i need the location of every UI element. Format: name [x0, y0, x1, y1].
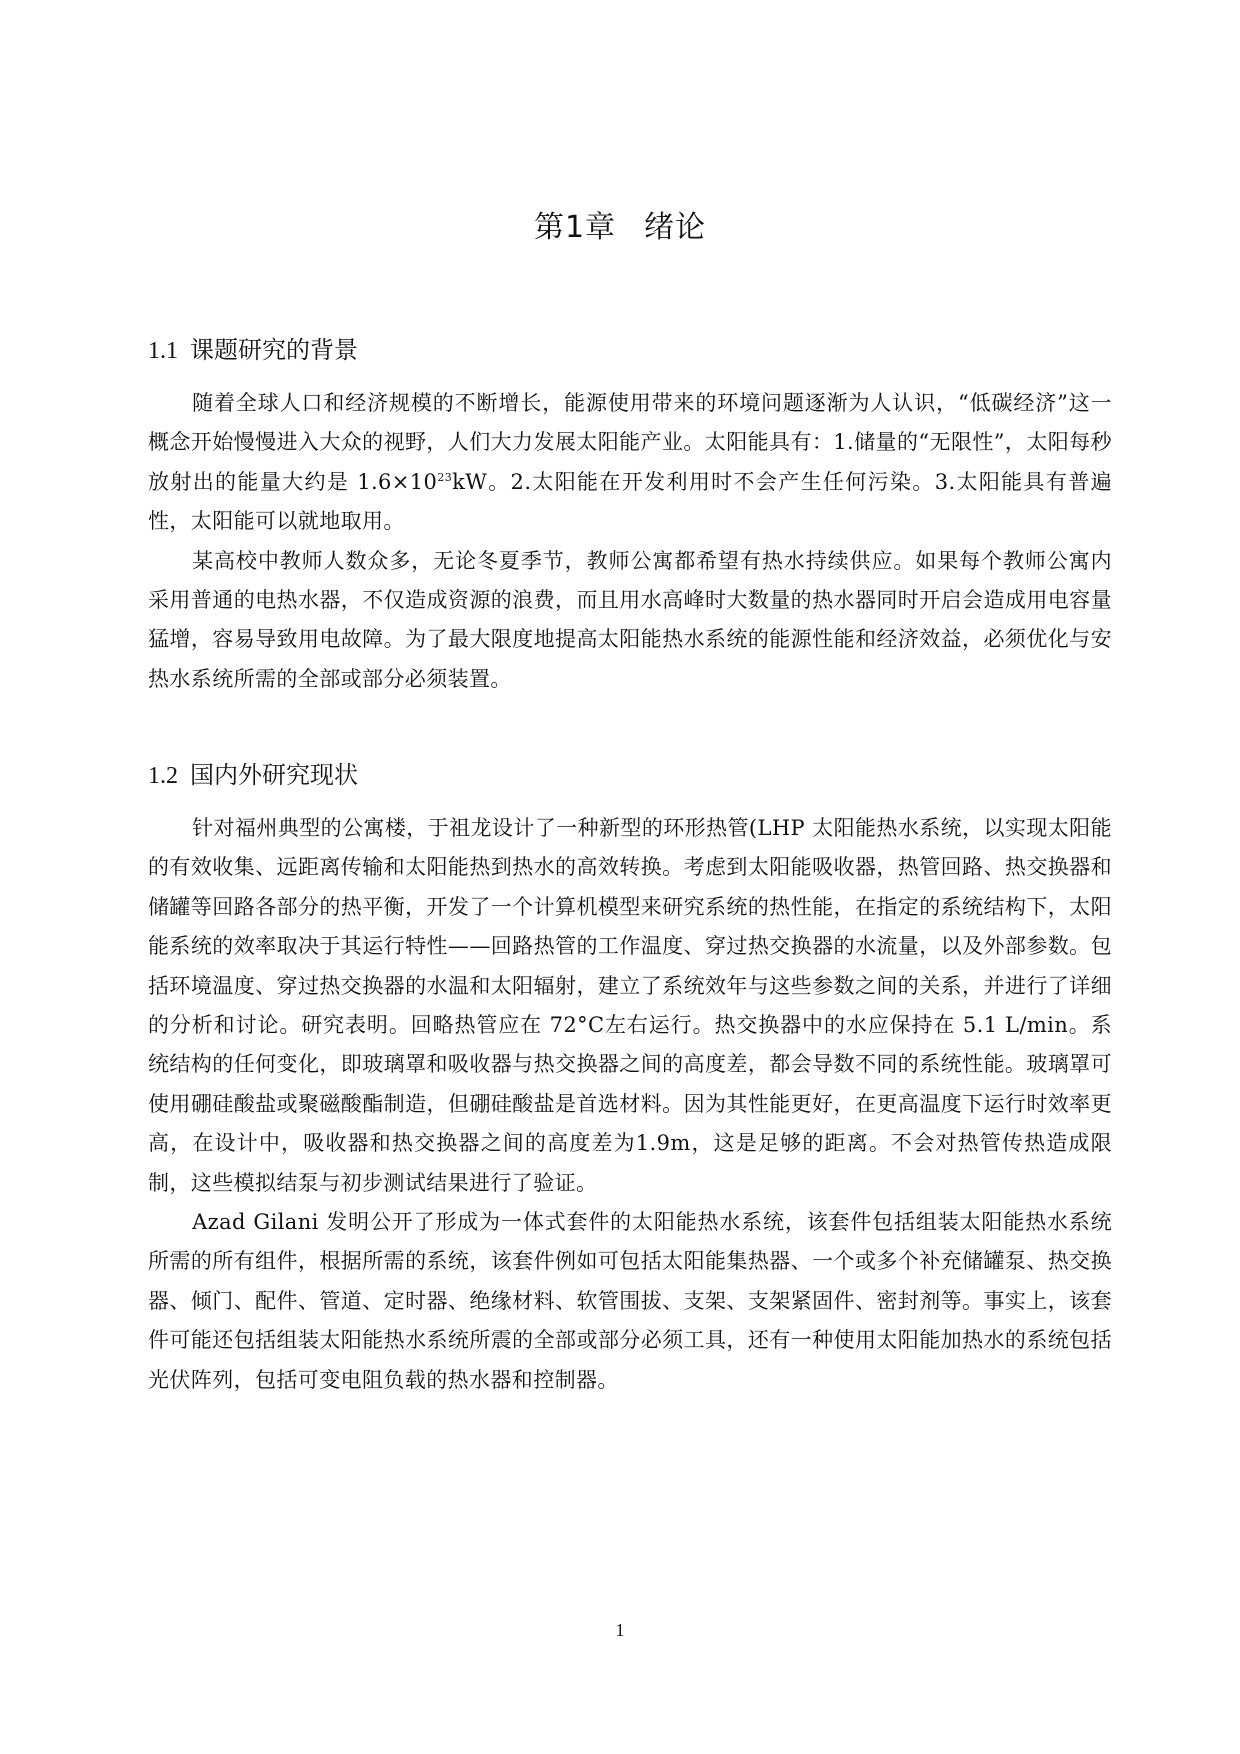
- section-heading-1-2: 1.2国内外研究现状: [148, 758, 358, 793]
- section-number: 1.2: [148, 763, 178, 789]
- document-page: 第1章绪论 1.1课题研究的背景 随着全球人口和经济规模的不断增长，能源使用带来…: [0, 0, 1240, 1754]
- section-number: 1.1: [148, 338, 178, 364]
- section-heading-1-1: 1.1课题研究的背景: [148, 333, 358, 368]
- page-number: 1: [0, 1620, 1240, 1641]
- section-title: 课题研究的背景: [190, 336, 358, 364]
- section-1-1-body: 随着全球人口和经济规模的不断增长，能源使用带来的环境问题逐渐为人认识，“低碳经济…: [148, 384, 1112, 699]
- paragraph: 针对福州典型的公寓楼，于祖龙设计了一种新型的环形热管(LHP 太阳能热水系统，以…: [148, 809, 1112, 1203]
- chapter-name: 绪论: [644, 210, 706, 245]
- paragraph: 某高校中教师人数众多，无论冬夏季节，教师公寓都希望有热水持续供应。如果每个教师公…: [148, 542, 1112, 700]
- chapter-title: 第1章绪论: [0, 206, 1240, 250]
- paragraph: 随着全球人口和经济规模的不断增长，能源使用带来的环境问题逐渐为人认识，“低碳经济…: [148, 384, 1112, 542]
- chapter-label: 第1章: [534, 210, 616, 245]
- section-1-2-body: 针对福州典型的公寓楼，于祖龙设计了一种新型的环形热管(LHP 太阳能热水系统，以…: [148, 809, 1112, 1400]
- superscript-exponent: 23: [437, 471, 452, 484]
- paragraph: Azad Gilani 发明公开了形成为一体式套件的太阳能热水系统，该套件包括组…: [148, 1203, 1112, 1400]
- section-title: 国内外研究现状: [190, 761, 358, 789]
